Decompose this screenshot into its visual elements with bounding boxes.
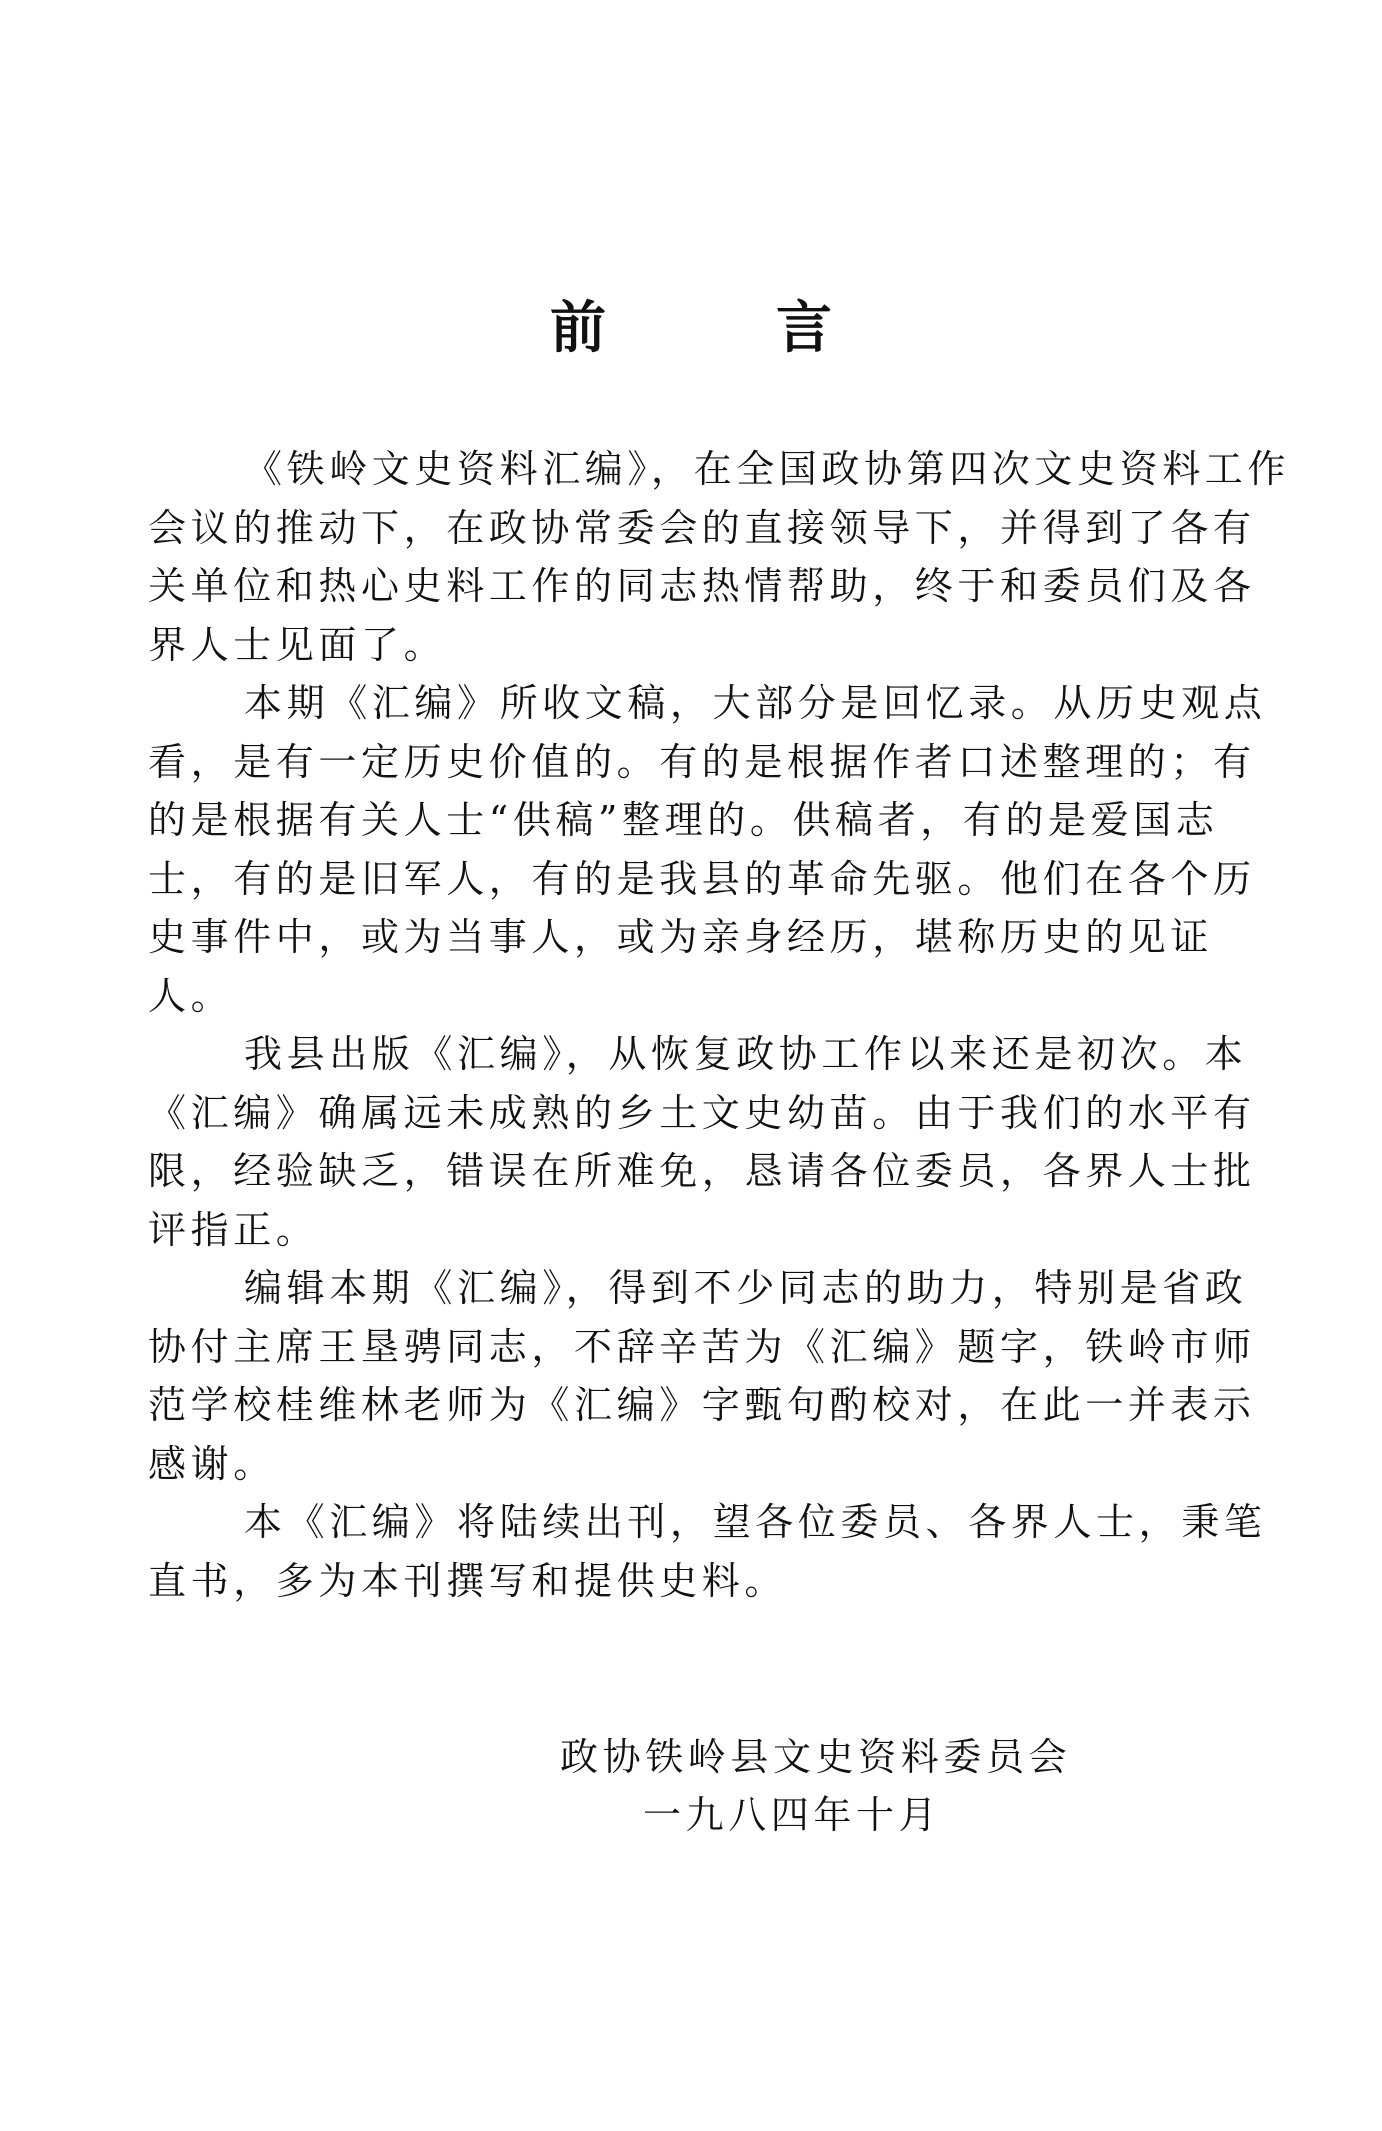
page-title: 前言 — [0, 296, 1382, 360]
paragraph-4-line-4: 感谢。 — [148, 1435, 1210, 1494]
paragraph-1-line-1: 《铁岭文史资料汇编》，在全国政协第四次文史资料工作 — [148, 440, 1210, 499]
document-page: 前言 《铁岭文史资料汇编》，在全国政协第四次文史资料工作 会议的推动下，在政协常… — [0, 0, 1382, 2131]
paragraph-5-line-1: 本《汇编》将陆续出刊，望各位委员、各界人士，秉笔 — [148, 1493, 1210, 1552]
paragraph-2-line-2: 看，是有一定历史价值的。有的是根据作者口述整理的；有 — [148, 733, 1210, 792]
paragraph-1-line-4: 界人士见面了。 — [148, 616, 1210, 675]
paragraph-2-line-1: 本期《汇编》所收文稿，大部分是回忆录。从历史观点 — [148, 674, 1210, 733]
paragraph-4-line-1: 编辑本期《汇编》，得到不少同志的助力，特别是省政 — [148, 1259, 1210, 1318]
paragraph-1-line-3: 关单位和热心史料工作的同志热情帮助，终于和委员们及各 — [148, 557, 1210, 616]
paragraph-1-line-2: 会议的推动下，在政协常委会的直接领导下，并得到了各有 — [148, 499, 1210, 558]
paragraph-4-line-2: 协付主席王垦骋同志，不辞辛苦为《汇编》题字，铁岭市师 — [148, 1318, 1210, 1377]
paragraph-5-line-2: 直书，多为本刊撰写和提供史料。 — [148, 1552, 1210, 1611]
paragraph-4-line-3: 范学校桂维林老师为《汇编》字甄句酌校对，在此一并表示 — [148, 1376, 1210, 1435]
signature-date: 一九八四年十月 — [0, 1786, 1382, 1844]
paragraph-2-line-5: 史事件中，或为当事人，或为亲身经历，堪称历史的见证 — [148, 908, 1210, 967]
paragraph-2-line-6: 人。 — [148, 967, 1210, 1026]
title-char-1: 前 — [550, 296, 606, 360]
paragraph-3-line-3: 限，经验缺乏，错误在所难免，恳请各位委员，各界人士批 — [148, 1142, 1210, 1201]
paragraph-3-line-2: 《汇编》确属远未成熟的乡土文史幼苗。由于我们的水平有 — [148, 1084, 1210, 1143]
signature-organization: 政协铁岭县文史资料委员会 — [0, 1728, 1382, 1786]
paragraph-2-line-4: 士，有的是旧军人，有的是我县的革命先驱。他们在各个历 — [148, 850, 1210, 909]
paragraph-3-line-1: 我县出版《汇编》，从恢复政协工作以来还是初次。本 — [148, 1025, 1210, 1084]
paragraph-2-line-3: 的是根据有关人士“供稿”整理的。供稿者，有的是爱国志 — [148, 791, 1210, 850]
paragraph-3-line-4: 评指正。 — [148, 1201, 1210, 1260]
preface-body: 《铁岭文史资料汇编》，在全国政协第四次文史资料工作 会议的推动下，在政协常委会的… — [148, 440, 1210, 1610]
title-char-2: 言 — [776, 296, 832, 360]
